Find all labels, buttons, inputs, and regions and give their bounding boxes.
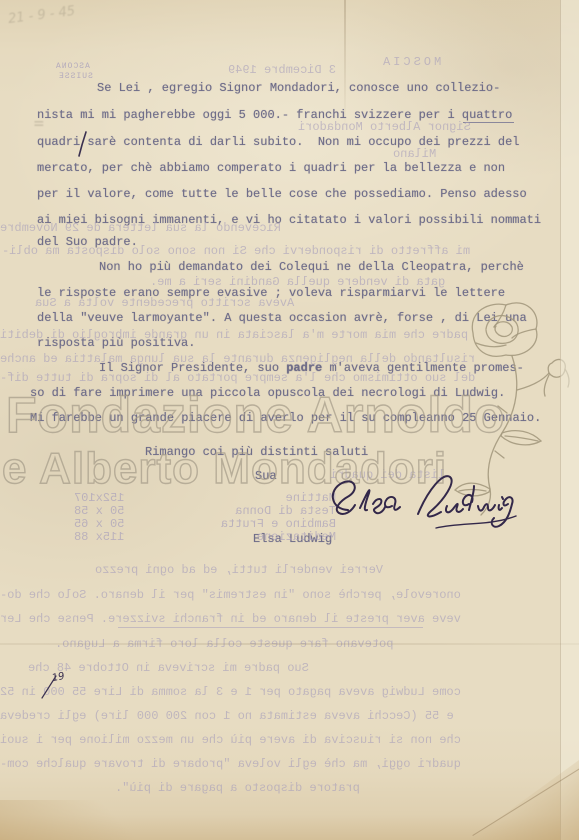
bleed-line: mi affretto di rispondervi che Si non so… <box>2 245 470 258</box>
bleed-place: MOSCIA <box>380 56 441 69</box>
bleed-line: pratore disposto a pagare di più". <box>115 782 360 795</box>
bleed-stamp-suisse: SUISSE <box>58 72 93 81</box>
letter-line: mercato, per chè abbiamo comperato i qua… <box>37 162 505 175</box>
pencil-note: 21 - 9 - 45 <box>7 4 76 27</box>
bleed-line: del suo ottimismo che l'a sempre portato… <box>0 372 475 385</box>
fold-line-bottom-right <box>472 761 579 836</box>
painting-size: 50 x 58 <box>74 504 124 518</box>
bleed-line: Suo padre mi scriveva in Ottobre 48 che <box>28 662 309 675</box>
bleed-line: Milano <box>393 148 436 161</box>
scanned-letter-page: 21 - 9 - 45 = MOSCIA 3 Dicembre 1949 ASC… <box>0 0 579 840</box>
fold-bottom-right <box>469 760 579 840</box>
painting-size: 115x 88 <box>74 530 124 544</box>
bleed-line: potevano fare queste colla loro firma a … <box>55 638 393 651</box>
bleed-line: Ricevendo la sua lettera de 29 Novembre <box>0 222 281 235</box>
bleed-list-row: Bambino e Frutta 50 x 65 <box>74 517 336 531</box>
bleed-line: gata di vendere quella Gandini seri a me… <box>150 276 445 289</box>
shadow-bottom-left <box>0 800 160 840</box>
bleed-line: e 55 (Cecchi aveva estimata no 1 con 200… <box>0 710 454 723</box>
letter-line: quadri sarè contenta di darli subito. No… <box>37 136 519 149</box>
bleed-line: che non si riusciva di avere più che un … <box>0 734 461 747</box>
bleed-stamp-ascona: ASCONA <box>55 62 90 71</box>
painting-size: 50 x 65 <box>74 517 124 531</box>
signature-handwriting <box>318 462 533 547</box>
bleed-date: 3 Dicembre 1949 <box>228 64 336 77</box>
bleed-list-row: Meditazione 115x 88 <box>74 530 336 544</box>
bleed-line: Aveva scritto precedente volta a Sua <box>35 297 294 310</box>
ink-slash-mark <box>76 130 88 158</box>
bleed-line: come Ludwig aveva pagato per 1 e 3 la so… <box>0 686 461 699</box>
letter-line: per il valore, come tutte le belle cose … <box>37 188 527 201</box>
letter-line: Se Lei , egregio Signor Mondadori, conos… <box>97 82 500 95</box>
bleed-line: quadri oggi, ma chè egli voleva "probare… <box>0 758 461 771</box>
bleed-underline <box>118 627 423 628</box>
fraction-slash-mark <box>40 674 60 700</box>
bleed-line: onorevole, perchè sono "in estremis" per… <box>0 589 461 602</box>
bleed-line: risultando della negligenza durante la s… <box>0 353 475 366</box>
bleed-line: Signor Alberto Mondadori <box>298 121 471 134</box>
bleed-line: padre che mia morte m'a lasciata in un g… <box>0 329 468 342</box>
bleed-line: veve aver preste il denaro ed in franchi… <box>0 613 461 626</box>
letter-line: Non ho più demandato dei Colequi ne dell… <box>99 261 524 274</box>
bleed-list-row: Testa di Donna 50 x 58 <box>74 504 336 518</box>
bleed-line: Verrei venderli tutti, ed ad ogni prezzo <box>95 564 383 577</box>
